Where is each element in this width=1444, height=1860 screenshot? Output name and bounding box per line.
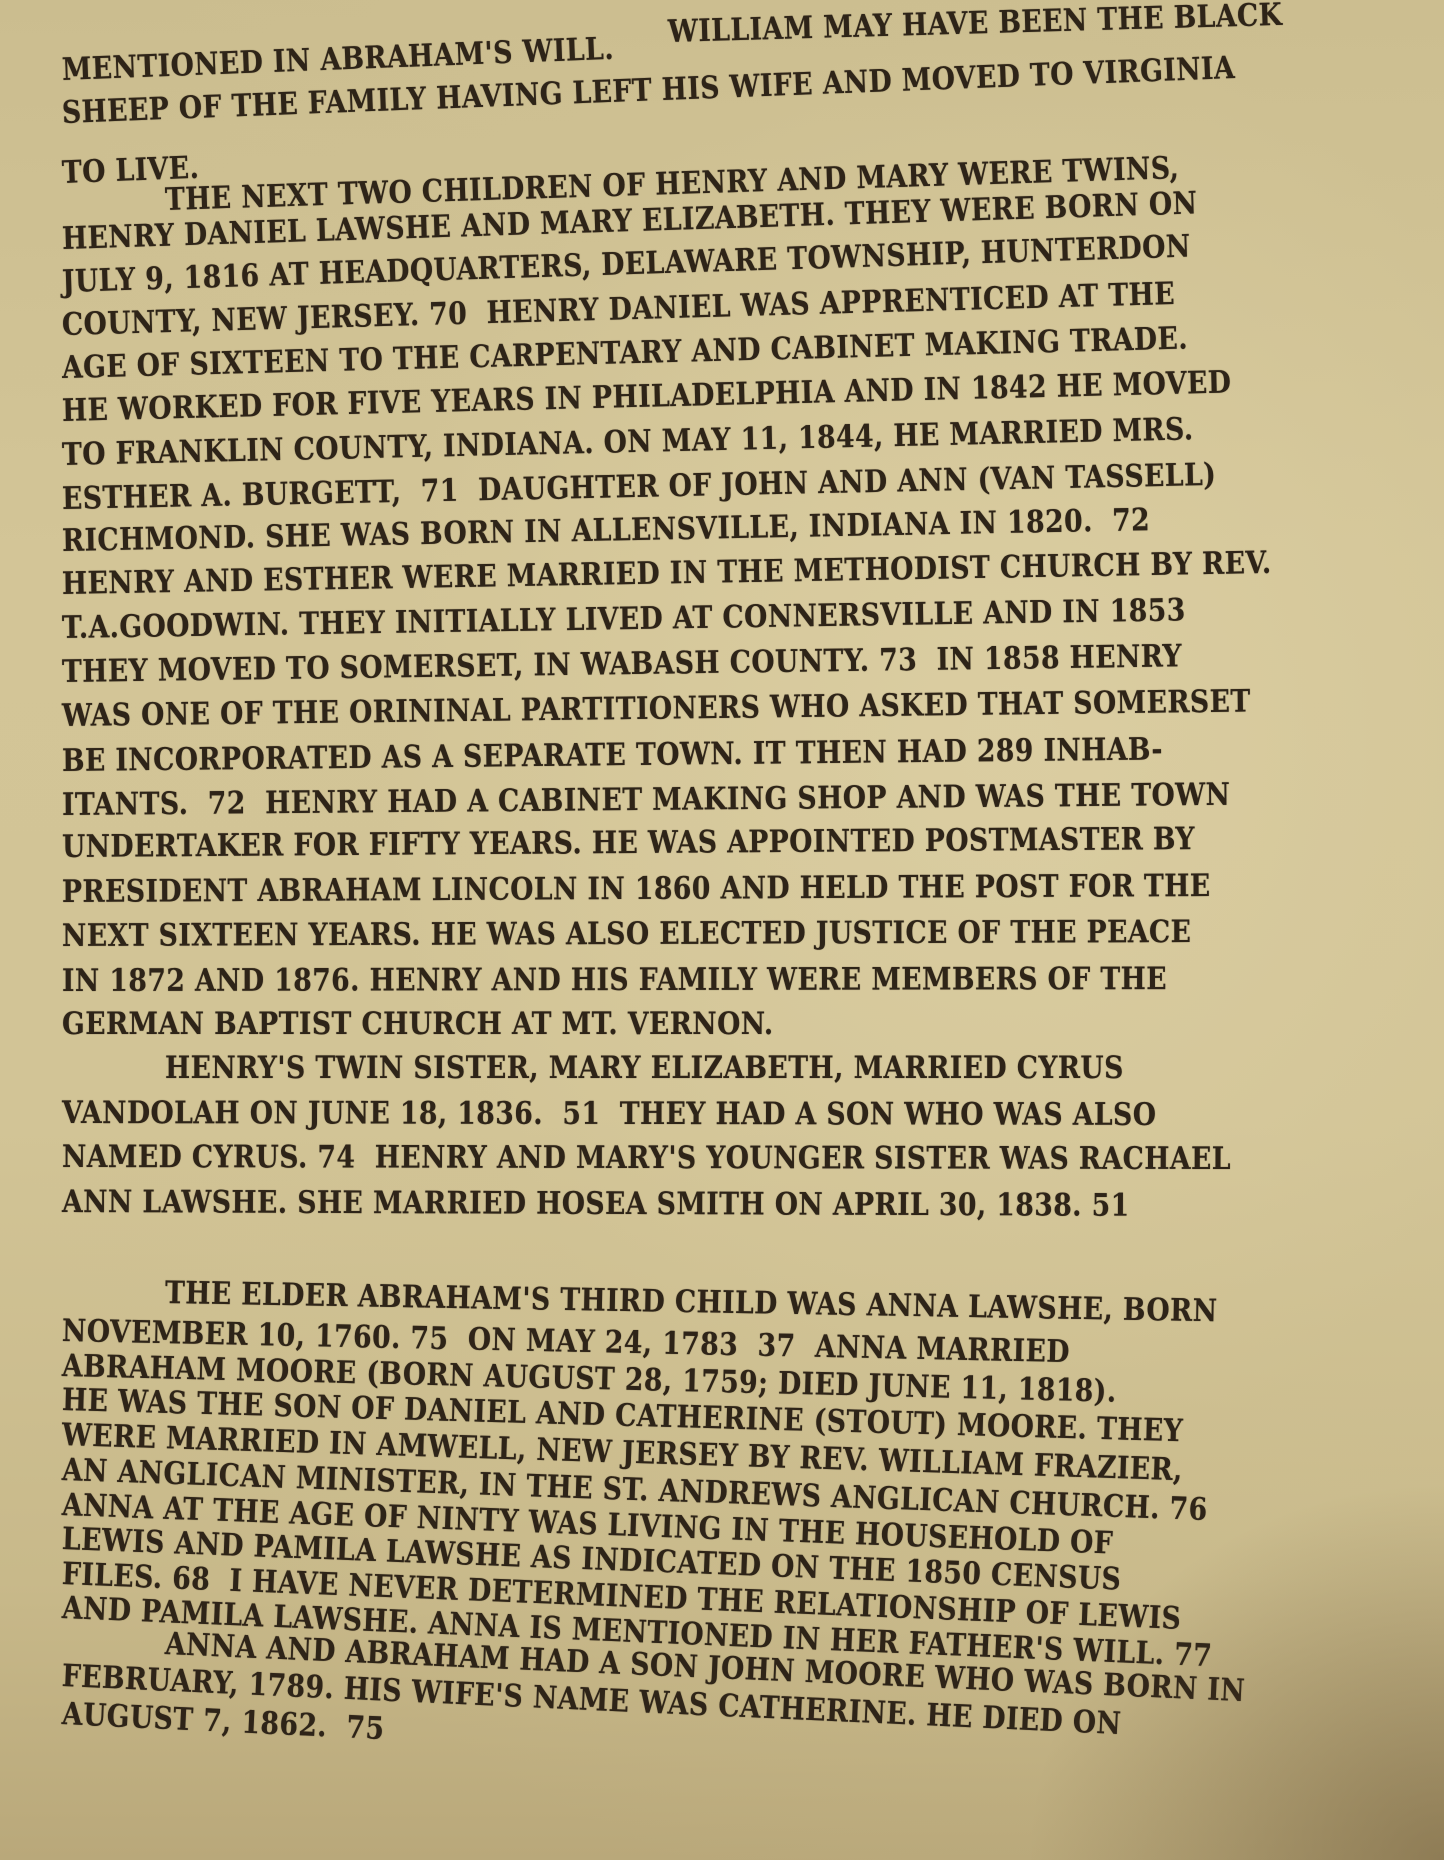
text-line: PRESIDENT ABRAHAM LINCOLN IN 1860 AND HE… — [62, 868, 1211, 910]
text-line: NAMED CYRUS. 74 HENRY AND MARY'S YOUNGER… — [62, 1139, 1231, 1177]
text-line: IN 1872 AND 1876. HENRY AND HIS FAMILY W… — [62, 961, 1167, 999]
text-line: WILLIAM MAY HAVE BEEN THE BLACK — [667, 0, 1282, 50]
text-line: VANDOLAH ON JUNE 18, 1836. 51 THEY HAD A… — [62, 1095, 1156, 1133]
text-line: T.A.GOODWIN. THEY INITIALLY LIVED AT CON… — [62, 592, 1186, 646]
text-line: NEXT SIXTEEN YEARS. HE WAS ALSO ELECTED … — [62, 914, 1192, 954]
text-line: BE INCORPORATED AS A SEPARATE TOWN. IT T… — [62, 731, 1163, 779]
text-line: THEY MOVED TO SOMERSET, IN WABASH COUNTY… — [62, 638, 1183, 690]
text-line: UNDERTAKER FOR FIFTY YEARS. HE WAS APPOI… — [62, 821, 1195, 865]
text-line: GERMAN BAPTIST CHURCH AT MT. VERNON. — [62, 1006, 774, 1042]
document-page: WILLIAM MAY HAVE BEEN THE BLACK MENTIONE… — [0, 0, 1444, 1860]
text-line: ANN LAWSHE. SHE MARRIED HOSEA SMITH ON A… — [62, 1184, 1130, 1224]
text-line: WAS ONE OF THE ORININAL PARTITIONERS WHO… — [62, 683, 1251, 734]
text-line: HENRY'S TWIN SISTER, MARY ELIZABETH, MAR… — [165, 1050, 1124, 1086]
text-line: ITANTS. 72 HENRY HAD A CABINET MAKING SH… — [62, 777, 1231, 823]
